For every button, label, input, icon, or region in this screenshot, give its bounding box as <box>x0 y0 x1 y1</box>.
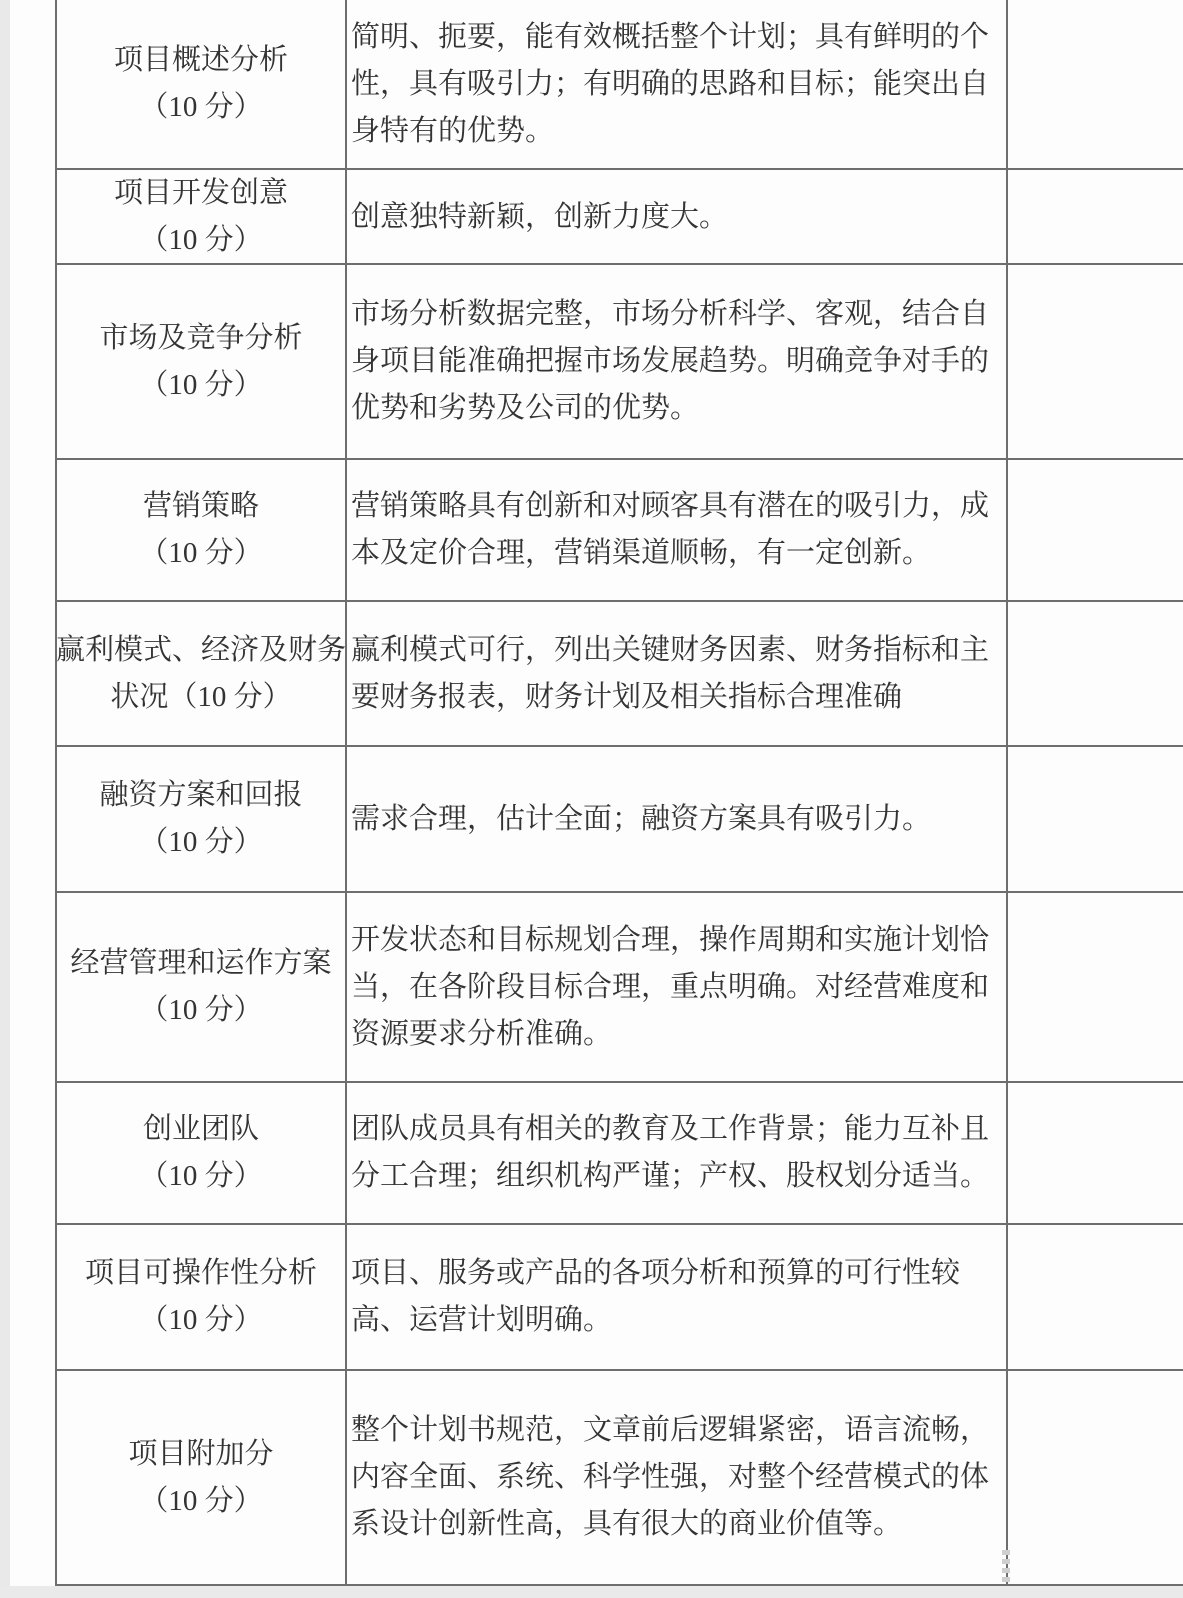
criteria-description-cell: 营销策略具有创新和对顾客具有潜在的吸引力，成本及定价合理，营销渠道顺畅，有一定创… <box>347 460 1008 600</box>
table-row: 营销策略 （10 分） 营销策略具有创新和对顾客具有潜在的吸引力，成本及定价合理… <box>57 460 1183 602</box>
criteria-name-cell: 营销策略 （10 分） <box>57 460 347 600</box>
criteria-description-cell: 简明、扼要，能有效概括整个计划；具有鲜明的个性，具有吸引力；有明确的思路和目标；… <box>347 0 1008 168</box>
criteria-description-cell: 开发状态和目标规划合理，操作周期和实施计划恰当，在各阶段目标合理，重点明确。对经… <box>347 893 1008 1081</box>
criteria-description: 需求合理，估计全面；融资方案具有吸引力。 <box>351 796 1004 843</box>
criteria-points-label: 状况（10 分） <box>110 674 291 721</box>
criteria-description-cell: 团队成员具有相关的教育及工作背景；能力互补且分工合理；组织机构严谨；产权、股权划… <box>347 1083 1008 1223</box>
table-row: 项目附加分 （10 分） 整个计划书规范，文章前后逻辑紧密，语言流畅，内容全面、… <box>57 1371 1183 1586</box>
criteria-description: 团队成员具有相关的教育及工作背景；能力互补且分工合理；组织机构严谨；产权、股权划… <box>351 1106 1004 1200</box>
criteria-description: 项目、服务或产品的各项分析和预算的可行性较高、运营计划明确。 <box>351 1250 1004 1344</box>
criteria-name: 赢利模式、经济及财务 <box>56 627 346 674</box>
criteria-points-label: （10 分） <box>139 1297 262 1344</box>
score-cell <box>1008 0 1183 168</box>
criteria-description: 营销策略具有创新和对顾客具有潜在的吸引力，成本及定价合理，营销渠道顺畅，有一定创… <box>351 483 1004 577</box>
criteria-description: 简明、扼要，能有效概括整个计划；具有鲜明的个性，具有吸引力；有明确的思路和目标；… <box>351 14 1004 155</box>
criteria-name-cell: 项目附加分 （10 分） <box>57 1371 347 1584</box>
score-cell <box>1008 1225 1183 1369</box>
criteria-points-label: （10 分） <box>139 819 262 866</box>
criteria-description-cell: 赢利模式可行，列出关键财务因素、财务指标和主要财务报表，财务计划及相关指标合理准… <box>347 602 1008 745</box>
criteria-name: 项目概述分析 <box>114 37 288 84</box>
criteria-name-cell: 项目概述分析 （10 分） <box>57 0 347 168</box>
score-cell <box>1008 265 1183 458</box>
criteria-description: 整个计划书规范，文章前后逻辑紧密，语言流畅，内容全面、系统、科学性强，对整个经营… <box>351 1407 1004 1548</box>
table-row: 项目可操作性分析 （10 分） 项目、服务或产品的各项分析和预算的可行性较高、运… <box>57 1225 1183 1371</box>
criteria-name-cell: 经营管理和运作方案 （10 分） <box>57 893 347 1081</box>
criteria-points-label: （10 分） <box>139 987 262 1034</box>
criteria-points-label: （10 分） <box>139 530 262 577</box>
criteria-description-cell: 市场分析数据完整，市场分析科学、客观，结合自身项目能准确把握市场发展趋势。明确竞… <box>347 265 1008 458</box>
criteria-points-label: （10 分） <box>139 1478 262 1525</box>
criteria-description: 市场分析数据完整，市场分析科学、客观，结合自身项目能准确把握市场发展趋势。明确竞… <box>351 291 1004 432</box>
criteria-points-label: （10 分） <box>139 84 262 131</box>
score-cell <box>1008 602 1183 745</box>
table-row: 赢利模式、经济及财务 状况（10 分） 赢利模式可行，列出关键财务因素、财务指标… <box>57 602 1183 747</box>
criteria-name: 创业团队 <box>143 1106 259 1153</box>
criteria-points-label: （10 分） <box>139 362 262 409</box>
criteria-description-cell: 创意独特新颖，创新力度大。 <box>347 170 1008 264</box>
criteria-name-cell: 项目开发创意 （10 分） <box>57 170 347 264</box>
table-row: 项目概述分析 （10 分） 简明、扼要，能有效概括整个计划；具有鲜明的个性，具有… <box>57 0 1183 170</box>
score-cell <box>1008 893 1183 1081</box>
scoring-rubric-table: 项目概述分析 （10 分） 简明、扼要，能有效概括整个计划；具有鲜明的个性，具有… <box>55 0 1183 1586</box>
criteria-name: 项目开发创意 <box>114 170 288 217</box>
table-row: 创业团队 （10 分） 团队成员具有相关的教育及工作背景；能力互补且分工合理；组… <box>57 1083 1183 1225</box>
score-cell <box>1008 1371 1183 1584</box>
score-cell <box>1008 1083 1183 1223</box>
criteria-description: 开发状态和目标规划合理，操作周期和实施计划恰当，在各阶段目标合理，重点明确。对经… <box>351 917 1004 1058</box>
criteria-description: 创意独特新颖，创新力度大。 <box>351 194 1004 241</box>
table-row: 市场及竞争分析 （10 分） 市场分析数据完整，市场分析科学、客观，结合自身项目… <box>57 265 1183 460</box>
document-page: 项目概述分析 （10 分） 简明、扼要，能有效概括整个计划；具有鲜明的个性，具有… <box>0 0 1183 1598</box>
criteria-name-cell: 创业团队 （10 分） <box>57 1083 347 1223</box>
criteria-name-cell: 赢利模式、经济及财务 状况（10 分） <box>57 602 347 745</box>
criteria-points-label: （10 分） <box>139 1153 262 1200</box>
criteria-description-cell: 需求合理，估计全面；融资方案具有吸引力。 <box>347 747 1008 891</box>
criteria-name: 营销策略 <box>143 483 259 530</box>
criteria-description: 赢利模式可行，列出关键财务因素、财务指标和主要财务报表，财务计划及相关指标合理准… <box>351 627 1004 721</box>
table-row: 融资方案和回报 （10 分） 需求合理，估计全面；融资方案具有吸引力。 <box>57 747 1183 893</box>
score-cell <box>1008 460 1183 600</box>
score-cell <box>1008 747 1183 891</box>
score-cell <box>1008 170 1183 264</box>
table-row: 项目开发创意 （10 分） 创意独特新颖，创新力度大。 <box>57 170 1183 265</box>
criteria-name-cell: 融资方案和回报 （10 分） <box>57 747 347 891</box>
table-row: 经营管理和运作方案 （10 分） 开发状态和目标规划合理，操作周期和实施计划恰当… <box>57 893 1183 1083</box>
page-edge-bottom <box>0 1586 1183 1598</box>
criteria-name-cell: 市场及竞争分析 （10 分） <box>57 265 347 458</box>
criteria-name: 项目可操作性分析 <box>85 1250 317 1297</box>
page-edge-left <box>0 0 10 1598</box>
criteria-name: 市场及竞争分析 <box>99 315 302 362</box>
criteria-description-cell: 整个计划书规范，文章前后逻辑紧密，语言流畅，内容全面、系统、科学性强，对整个经营… <box>347 1371 1008 1584</box>
criteria-name: 经营管理和运作方案 <box>70 940 331 987</box>
criteria-points-label: （10 分） <box>139 217 262 264</box>
watermark-dashes <box>1002 1550 1010 1582</box>
criteria-name-cell: 项目可操作性分析 （10 分） <box>57 1225 347 1369</box>
criteria-description-cell: 项目、服务或产品的各项分析和预算的可行性较高、运营计划明确。 <box>347 1225 1008 1369</box>
criteria-name: 项目附加分 <box>128 1431 273 1478</box>
criteria-name: 融资方案和回报 <box>99 772 302 819</box>
